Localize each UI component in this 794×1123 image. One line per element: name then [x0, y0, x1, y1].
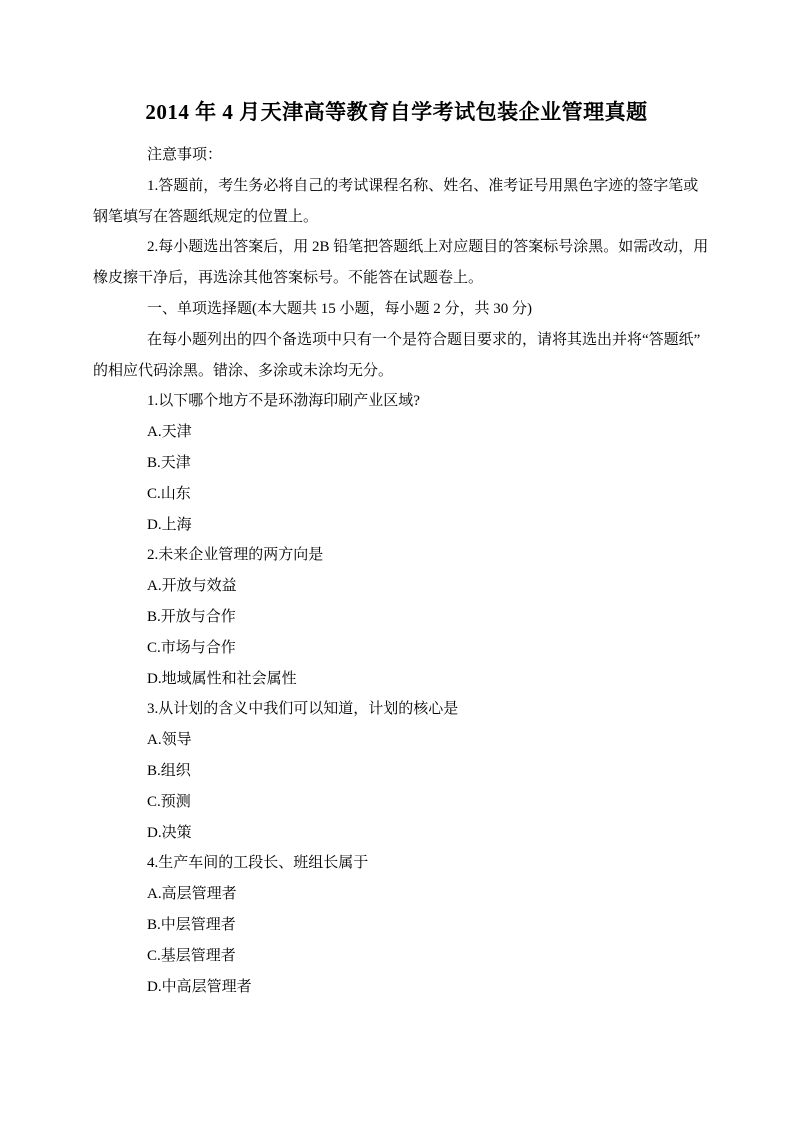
question-2-option-a: A.开放与效益	[93, 571, 700, 602]
notice-item-2: 2.每小题选出答案后，用 2B 铅笔把答题纸上对应题目的答案标号涂黑。如需改动，…	[93, 232, 700, 263]
question-2-option-d: D.地域属性和社会属性	[93, 664, 700, 695]
question-4: 4.生产车间的工段长、班组长属于	[93, 848, 700, 879]
question-2-option-b: B.开放与合作	[93, 602, 700, 633]
question-2: 2.未来企业管理的两方向是	[93, 540, 700, 571]
question-1-option-b: B.天津	[93, 448, 700, 479]
question-3-option-b: B.组织	[93, 756, 700, 787]
question-3-option-d: D.决策	[93, 818, 700, 849]
section-instructions-continuation: 的相应代码涂黑。错涂、多涂或未涂均无分。	[93, 356, 700, 387]
question-3: 3.从计划的含义中我们可以知道，计划的核心是	[93, 694, 700, 725]
document-content: 2014 年 4 月天津高等教育自学考试包装企业管理真题 注意事项：1.答题前，…	[93, 97, 700, 1002]
notice-item-2-continuation: 橡皮擦干净后，再选涂其他答案标号。不能答在试题卷上。	[93, 263, 700, 294]
document-body: 注意事项：1.答题前，考生务必将自己的考试课程名称、姓名、准考证号用黑色字迹的签…	[93, 140, 700, 1002]
question-4-option-b: B.中层管理者	[93, 910, 700, 941]
question-3-option-c: C.预测	[93, 787, 700, 818]
question-1-option-a: A.天津	[93, 417, 700, 448]
notice-heading: 注意事项：	[93, 140, 700, 171]
question-1-option-d: D.上海	[93, 510, 700, 541]
question-4-option-c: C.基层管理者	[93, 941, 700, 972]
section-instructions: 在每小题列出的四个备选项中只有一个是符合题目要求的，请将其选出并将“答题纸”	[93, 325, 700, 356]
question-3-option-a: A.领导	[93, 725, 700, 756]
question-1-option-c: C.山东	[93, 479, 700, 510]
exam-document-page: 2014 年 4 月天津高等教育自学考试包装企业管理真题 注意事项：1.答题前，…	[0, 0, 794, 1123]
question-2-option-c: C.市场与合作	[93, 633, 700, 664]
question-4-option-a: A.高层管理者	[93, 879, 700, 910]
notice-item-1-continuation: 钢笔填写在答题纸规定的位置上。	[93, 202, 700, 233]
question-1: 1.以下哪个地方不是环渤海印刷产业区域?	[93, 386, 700, 417]
page-title: 2014 年 4 月天津高等教育自学考试包装企业管理真题	[93, 97, 700, 127]
question-4-option-d: D.中高层管理者	[93, 972, 700, 1003]
notice-item-1: 1.答题前，考生务必将自己的考试课程名称、姓名、准考证号用黑色字迹的签字笔或	[93, 171, 700, 202]
section-heading: 一、单项选择题(本大题共 15 小题，每小题 2 分，共 30 分)	[93, 294, 700, 325]
